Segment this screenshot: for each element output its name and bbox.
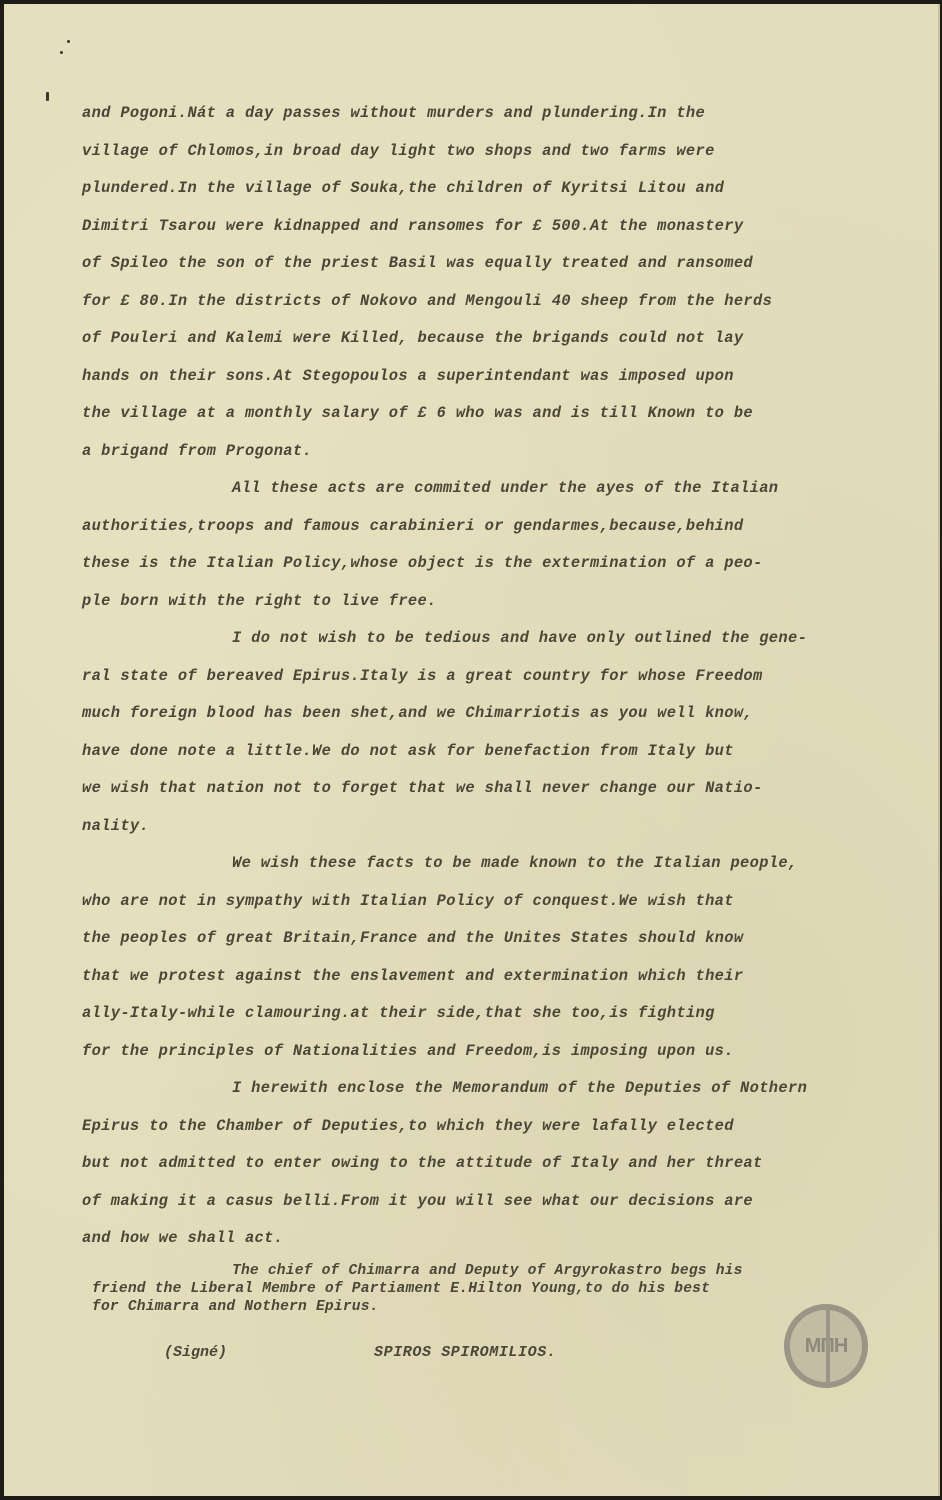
document-line: who are not in sympathy with Italian Pol… bbox=[82, 892, 734, 910]
document-line: of Pouleri and Kalemi were Killed, becau… bbox=[82, 329, 743, 347]
seal-bar bbox=[826, 1308, 830, 1388]
document-line: ally-Italy-while clamouring.at their sid… bbox=[82, 1004, 715, 1022]
document-line: and Pogoni.Nát a day passes without murd… bbox=[82, 104, 705, 122]
document-line: for the principles of Nationalities and … bbox=[82, 1042, 734, 1060]
document-line: the village at a monthly salary of £ 6 w… bbox=[82, 404, 753, 422]
document-line: plundered.In the village of Souka,the ch… bbox=[82, 179, 724, 197]
document-line: I do not wish to be tedious and have onl… bbox=[82, 629, 807, 647]
closing-line: The chief of Chimarra and Deputy of Argy… bbox=[92, 1262, 743, 1280]
document-line: ral state of bereaved Epirus.Italy is a … bbox=[82, 667, 763, 685]
signed-label: (Signé) bbox=[164, 1344, 227, 1361]
document-line: the peoples of great Britain,France and … bbox=[82, 929, 743, 947]
document-line: We wish these facts to be made known to … bbox=[82, 854, 798, 872]
document-line: a brigand from Progonat. bbox=[82, 442, 312, 460]
page-edge-shadow bbox=[938, 4, 940, 1496]
document-line: Epirus to the Chamber of Deputies,to whi… bbox=[82, 1117, 734, 1135]
closing-line: for Chimarra and Nothern Epirus. bbox=[92, 1298, 743, 1316]
document-line: much foreign blood has been shet,and we … bbox=[82, 704, 753, 722]
document-line: ple born with the right to live free. bbox=[82, 592, 437, 610]
ink-speck bbox=[46, 92, 49, 101]
document-line: for £ 80.In the districts of Nokovo and … bbox=[82, 292, 772, 310]
closing-line: friend the Liberal Membre of Partiament … bbox=[92, 1280, 743, 1298]
document-line: and how we shall act. bbox=[82, 1229, 283, 1247]
document-line: village of Chlomos,in broad day light tw… bbox=[82, 142, 715, 160]
signatory-name: SPIROS SPIROMILIOS. bbox=[374, 1344, 556, 1361]
ink-speck bbox=[60, 51, 63, 54]
document-line: Dimitri Tsarou were kidnapped and ransom… bbox=[82, 217, 743, 235]
document-line: that we protest against the enslavement … bbox=[82, 967, 743, 985]
ink-speck bbox=[67, 40, 70, 43]
document-line: of making it a casus belli.From it you w… bbox=[82, 1192, 753, 1210]
document-page: and Pogoni.Nát a day passes without murd… bbox=[4, 4, 940, 1496]
document-line: nality. bbox=[82, 817, 149, 835]
document-line: have done note a little.We do not ask fo… bbox=[82, 742, 734, 760]
document-line: we wish that nation not to forget that w… bbox=[82, 779, 763, 797]
document-line: hands on their sons.At Stegopoulos a sup… bbox=[82, 367, 734, 385]
document-line: these is the Italian Policy,whose object… bbox=[82, 554, 763, 572]
archive-seal-icon: ΜΠΗ bbox=[784, 1304, 868, 1388]
document-line: but not admitted to enter owing to the a… bbox=[82, 1154, 763, 1172]
document-line: All these acts are commited under the ay… bbox=[82, 479, 778, 497]
document-line: authorities,troops and famous carabinier… bbox=[82, 517, 743, 535]
document-line: of Spileo the son of the priest Basil wa… bbox=[82, 254, 753, 272]
closing-paragraph: The chief of Chimarra and Deputy of Argy… bbox=[92, 1262, 743, 1316]
document-line: I herewith enclose the Memorandum of the… bbox=[82, 1079, 807, 1097]
